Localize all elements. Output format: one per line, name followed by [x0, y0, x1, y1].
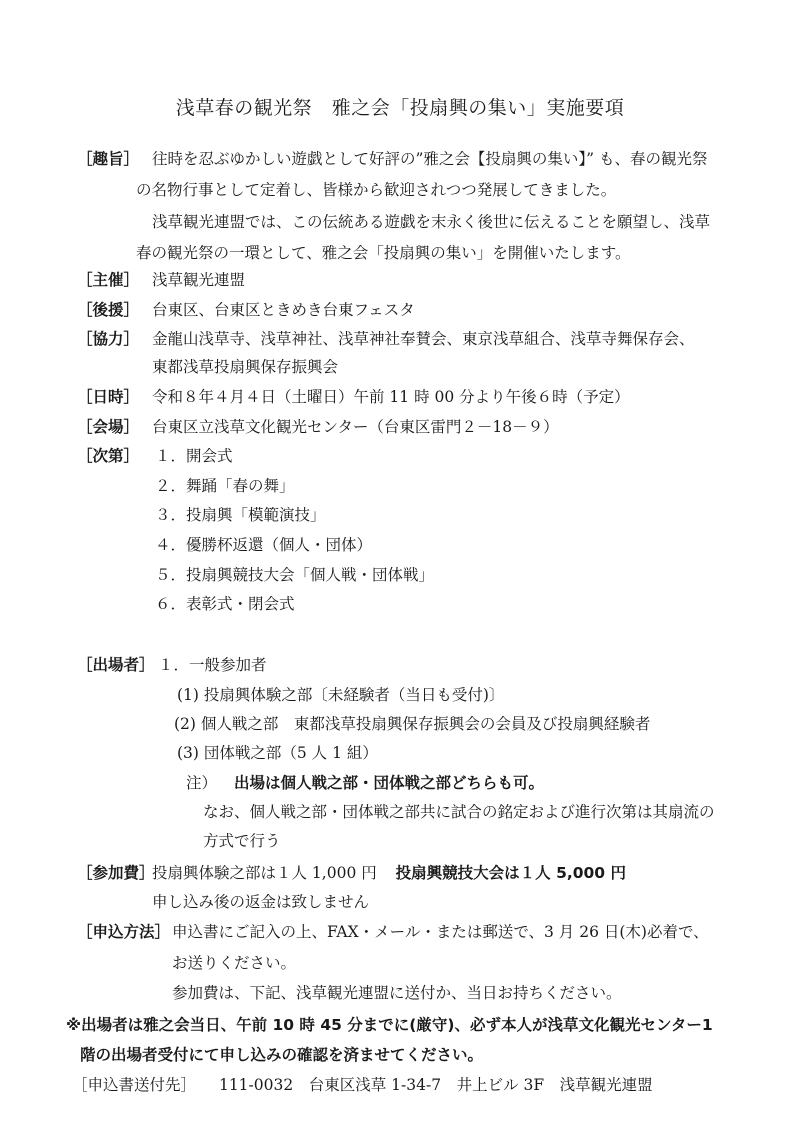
program-item-5: ５．投扇興競技大会「個人戦・団体戦」 [155, 563, 434, 585]
participants-heading: １．一般参加者 [158, 653, 267, 675]
purpose-line-3: 浅草観光連盟では、この伝統ある遊戯を末永く後世に伝えることを願望し、浅草 [152, 210, 710, 232]
cooperation-label: ［協力］ [77, 327, 139, 349]
purpose-line-2: の名物行事として定着し、皆様から歓迎されつつ発展してきました。 [136, 178, 616, 200]
note-prefix: 注） [186, 774, 217, 792]
cooperation-line-2: 東都浅草投扇興保存振興会 [152, 355, 338, 377]
application-line-2: お送りください。 [172, 951, 296, 973]
notice-line-2: 階の出場者受付にて申し込みの確認を済ませてください。 [80, 1043, 483, 1065]
fee-note: 申し込み後の返金は致しません [152, 890, 369, 912]
cooperation-line-1: 金龍山浅草寺、浅草神社、浅草神社奉賛会、東京浅草組合、浅草寺舞保存会、 [152, 327, 695, 349]
purpose-label: ［趣旨］ [77, 147, 139, 169]
application-line-1: 申込書にご記入の上、FAX・メール・または郵送で、3 月 26 日(木)必着で、 [172, 920, 709, 942]
program-label: ［次第］ [77, 444, 139, 466]
purpose-line-4: 春の観光祭の一環として、雅之会「投扇興の集い」を開催いたします。 [136, 241, 630, 263]
sponsor-label: ［後援］ [77, 298, 139, 320]
program-item-1: １．開会式 [155, 444, 233, 466]
fee-label: ［参加費］ [77, 861, 155, 883]
address-label: ［申込書送付先］ [72, 1076, 196, 1094]
note-bold: 出場は個人戦之部・団体戦之部どちらも可。 [234, 774, 544, 792]
participants-note-line-2: 方式で行う [203, 829, 281, 851]
venue-value: 台東区立浅草文化観光センター（台東区雷門２－18－９） [152, 415, 559, 437]
participants-item-3: (3) 団体戦之部（5 人 1 組） [177, 741, 378, 763]
fee-bold: 投扇興競技大会は１人 5,000 円 [396, 864, 626, 882]
address-line: ［申込書送付先］ 111-0032 台東区浅草 1-34-7 井上ビル 3F 浅… [72, 1073, 653, 1095]
program-item-3: ３．投扇興「模範演技」 [155, 503, 326, 525]
program-item-6: ６．表彰式・閉会式 [155, 592, 295, 614]
organizer-label: ［主催］ [77, 268, 139, 290]
datetime-label: ［日時］ [77, 385, 139, 407]
fee-line: 投扇興体験之部は１人 1,000 円 投扇興競技大会は１人 5,000 円 [152, 861, 626, 883]
participants-note-line-1: なお、個人戦之部・団体戦之部共に試合の銘定および進行次第は其扇流の [203, 800, 715, 822]
application-line-3: 参加費は、下記、浅草観光連盟に送付か、当日お持ちください。 [172, 981, 622, 1003]
participants-note: 注） 出場は個人戦之部・団体戦之部どちらも可。 [186, 771, 544, 793]
notice-line-1: ※出場者は雅之会当日、午前 10 時 45 分までに(厳守)、必ず本人が浅草文化… [66, 1013, 713, 1035]
address-value: 111-0032 台東区浅草 1-34-7 井上ビル 3F 浅草観光連盟 [219, 1076, 653, 1094]
purpose-line-1: 往時を忍ぶゆかしい遊戯として好評の”雅之会【投扇興の集い】” も、春の観光祭 [152, 147, 708, 169]
program-item-4: ４．優勝杯返還（個人・団体） [155, 533, 372, 555]
sponsor-value: 台東区、台東区ときめき台東フェスタ [152, 298, 415, 320]
page-title: 浅草春の観光祭 雅之会「投扇興の集い」実施要項 [0, 93, 800, 120]
venue-label: ［会場］ [77, 415, 139, 437]
fee-normal: 投扇興体験之部は１人 1,000 円 [152, 864, 377, 882]
program-item-2: ２．舞踊「春の舞」 [155, 474, 295, 496]
participants-label: ［出場者］ [77, 653, 155, 675]
application-label: ［申込方法］ [77, 920, 170, 942]
participants-item-1: (1) 投扇興体験之部〔未経験者（当日も受付)〕 [177, 683, 504, 705]
participants-item-2: (2) 個人戦之部 東都浅草投扇興保存振興会の会員及び投扇興経験者 [174, 712, 650, 734]
datetime-value: 令和８年４月４日（土曜日）午前 11 時 00 分より午後６時（予定） [152, 385, 630, 407]
organizer-value: 浅草観光連盟 [152, 268, 245, 290]
